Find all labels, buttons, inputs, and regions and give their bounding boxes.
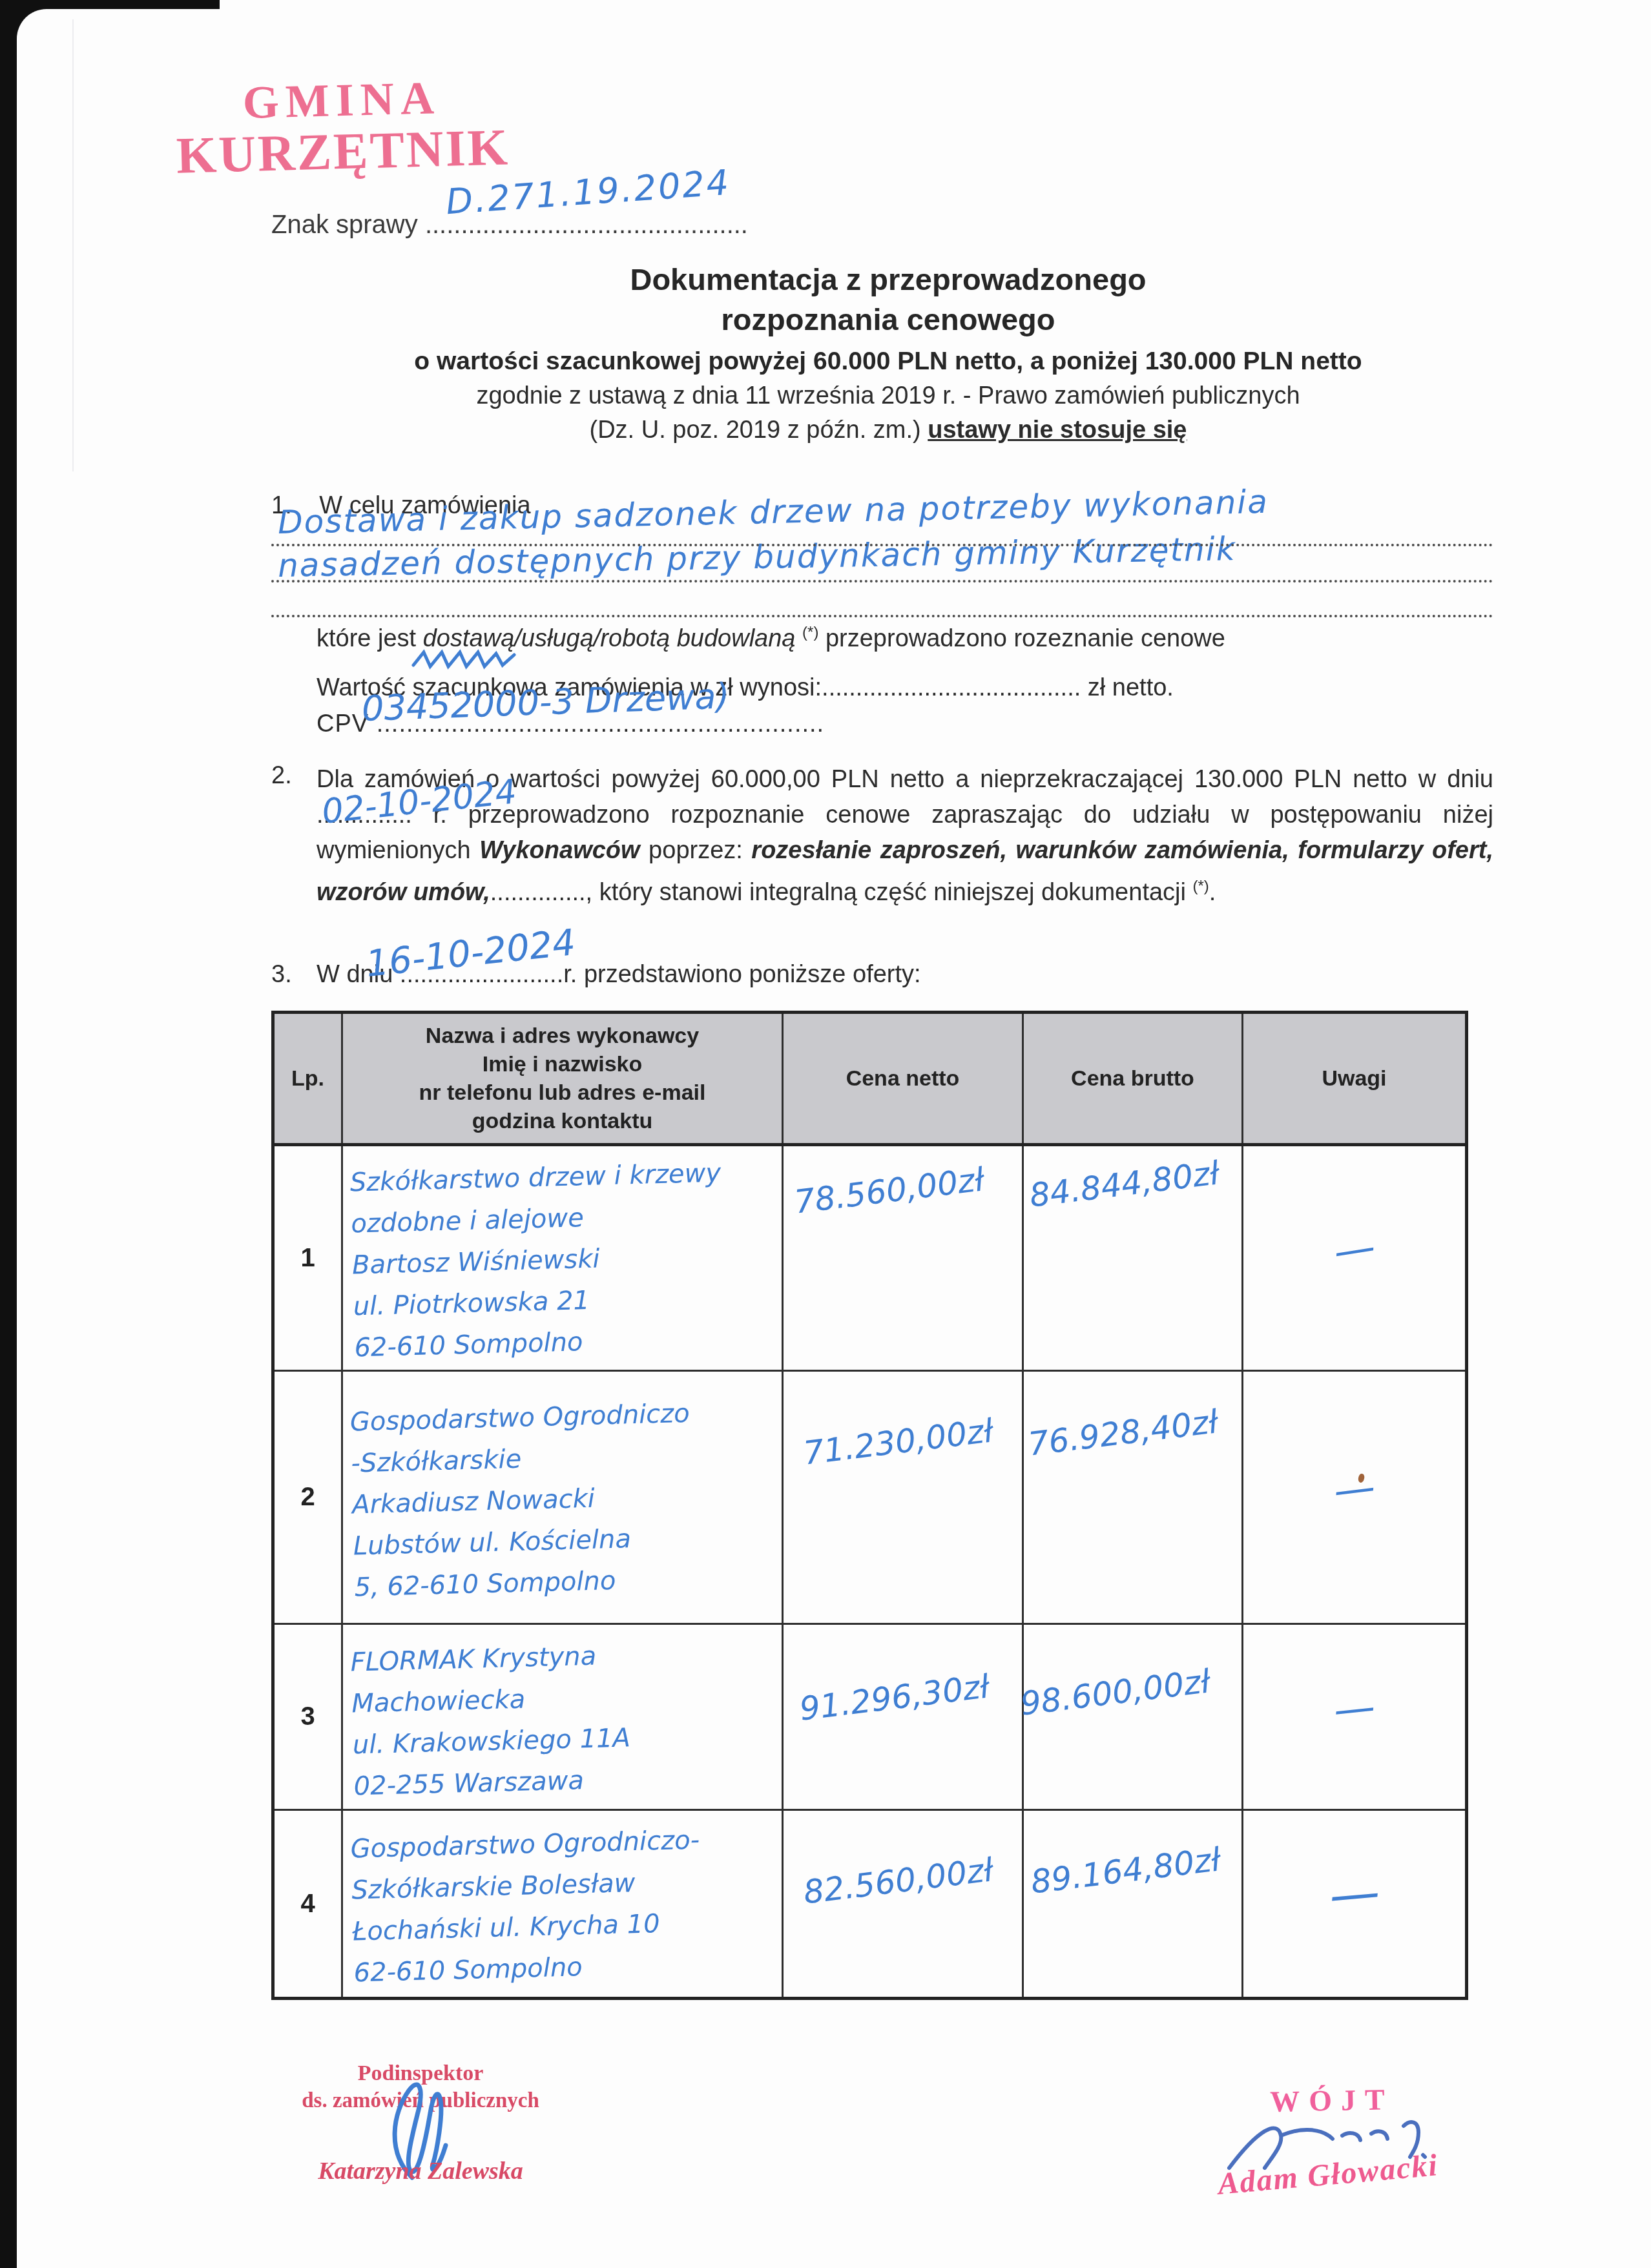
row-number: 3 xyxy=(273,1624,342,1810)
handwritten-gross-price: 89.164,80zł xyxy=(1029,1840,1223,1901)
remarks-cell: — xyxy=(1243,1624,1467,1810)
page-top-edge xyxy=(220,0,1651,26)
remarks-cell: — xyxy=(1243,1810,1467,1999)
header-contractor-line: Nazwa i adres wykonawcy xyxy=(343,1022,782,1050)
table-row: 4 Gospodarstwo Ogrodniczo- Szkółkarskie … xyxy=(273,1810,1467,1999)
net-price-cell: 82.560,00zł xyxy=(783,1810,1023,1999)
offers-table: Lp. Nazwa i adres wykonawcy Imię i nazwi… xyxy=(271,1011,1468,2000)
handwritten-net-price: 91.296,30zł xyxy=(798,1667,992,1728)
title-subtitle-bold: o wartości szacunkowej powyżej 60.000 PL… xyxy=(187,347,1589,376)
net-price-cell: 91.296,30zł xyxy=(783,1624,1023,1810)
remarks-cell: — xyxy=(1243,1371,1467,1624)
handwritten-dash: — xyxy=(1334,1246,1375,1253)
header-net-price: Cena netto xyxy=(783,1013,1023,1145)
dotted-fill-line xyxy=(271,615,1493,617)
clerk-name-stamp: Katarzyna Zalewska xyxy=(307,2157,534,2185)
gross-price-cell: 98.600,00zł xyxy=(1023,1624,1243,1810)
header-contractor-line: Imię i nazwisko xyxy=(343,1050,782,1078)
item2-text: poprzez: xyxy=(640,837,752,864)
item2-text: . xyxy=(1209,879,1216,906)
header-contractor-line: nr telefonu lub adres e-mail xyxy=(343,1078,782,1107)
handwritten-dash: — xyxy=(1329,1892,1380,1896)
contractor-cell: Gospodarstwo Ogrodniczo- Szkółkarskie Bo… xyxy=(342,1810,783,1999)
net-price-cell: 71.230,00zł xyxy=(783,1371,1023,1624)
handwritten-gross-price: 98.600,00zł xyxy=(1019,1662,1212,1723)
table-row: 2 Gospodarstwo Ogrodniczo -Szkółkarskie … xyxy=(273,1371,1467,1624)
handwritten-scribble-mark xyxy=(411,647,527,674)
item3-suffix: r. przedstawiono poniższe oferty: xyxy=(563,961,920,988)
handwritten-net-price: 82.560,00zł xyxy=(802,1851,995,1912)
contractor-cell: Gospodarstwo Ogrodniczo -Szkółkarskie Ar… xyxy=(342,1371,783,1624)
item2-contractors-word: Wykonawców xyxy=(479,837,639,864)
journal-reference: (Dz. U. poz. 2019 z późn. zm.) xyxy=(589,417,928,444)
header-lp: Lp. xyxy=(273,1013,342,1145)
document-title-line2: rozpoznania cenowego xyxy=(187,300,1589,340)
header-contractor-line: godzina kontaktu xyxy=(343,1107,782,1135)
order-type-prefix: które jest xyxy=(317,625,423,652)
document-title-line1: Dokumentacja z przeprowadzonego xyxy=(187,260,1589,300)
handwritten-dash: — xyxy=(1334,1706,1375,1711)
dotted-fill-line xyxy=(271,544,1493,546)
item2-text: który stanowi integralną część niniejsze… xyxy=(592,879,1192,906)
row-number: 4 xyxy=(273,1810,342,1999)
scanned-document: { "colors": { "stamp_pink": "#ec6388", "… xyxy=(0,0,1651,2268)
handwritten-net-price: 71.230,00zł xyxy=(802,1412,995,1472)
handwritten-dash: — xyxy=(1334,1487,1375,1492)
handwritten-gross-price: 84.844,80zł xyxy=(1028,1154,1221,1215)
gross-price-cell: 76.928,40zł xyxy=(1023,1371,1243,1624)
item2-blank: .............., xyxy=(490,879,592,906)
contractor-cell: Szkółkarstwo drzew i krzewy ozdobne i al… xyxy=(342,1145,783,1371)
gmina-kurzetnik-stamp: GMINA KURZĘTNIK xyxy=(154,71,531,184)
stamp-line-kurzetnik: KURZĘTNIK xyxy=(155,119,531,184)
row-number: 2 xyxy=(273,1371,342,1624)
dotted-fill-line xyxy=(271,580,1493,582)
net-price-cell: 78.560,00zł xyxy=(783,1145,1023,1371)
item2-number: 2. xyxy=(271,762,292,790)
page-fold-line xyxy=(72,19,74,471)
handwritten-gross-price: 76.928,40zł xyxy=(1026,1403,1220,1463)
table-row: 3 FLORMAK Krystyna Machowiecka ul. Krako… xyxy=(273,1624,1467,1810)
title-subtitle-law: zgodnie z ustawą z dnia 11 września 2019… xyxy=(187,382,1589,410)
table-row: 1 Szkółkarstwo drzew i krzewy ozdobne i … xyxy=(273,1145,1467,1371)
contractor-cell: FLORMAK Krystyna Machowiecka ul. Krakows… xyxy=(342,1624,783,1810)
table-header-row: Lp. Nazwa i adres wykonawcy Imię i nazwi… xyxy=(273,1013,1467,1145)
title-subtitle-journal: (Dz. U. poz. 2019 z późn. zm.) ustawy ni… xyxy=(187,417,1589,444)
document-title-block: Dokumentacja z przeprowadzonego rozpozna… xyxy=(187,260,1589,444)
gross-price-cell: 84.844,80zł xyxy=(1023,1145,1243,1371)
footnote-marker: (*) xyxy=(1193,878,1209,895)
handwritten-net-price: 78.560,00zł xyxy=(793,1160,986,1221)
law-not-applied-phrase: ustawy nie stosuje się xyxy=(928,417,1187,444)
remarks-cell: — xyxy=(1243,1145,1467,1371)
header-contractor: Nazwa i adres wykonawcy Imię i nazwisko … xyxy=(342,1013,783,1145)
row-number: 1 xyxy=(273,1145,342,1371)
header-remarks: Uwagi xyxy=(1243,1013,1467,1145)
footnote-marker: (*) xyxy=(802,624,818,641)
case-reference-label: Znak sprawy xyxy=(271,211,418,239)
cpv-label: CPV xyxy=(317,710,369,737)
order-type-suffix: przeprowadzono rozeznanie cenowe xyxy=(818,625,1225,652)
gross-price-cell: 89.164,80zł xyxy=(1023,1810,1243,1999)
header-gross-price: Cena brutto xyxy=(1023,1013,1243,1145)
item3-number: 3. xyxy=(271,961,292,989)
